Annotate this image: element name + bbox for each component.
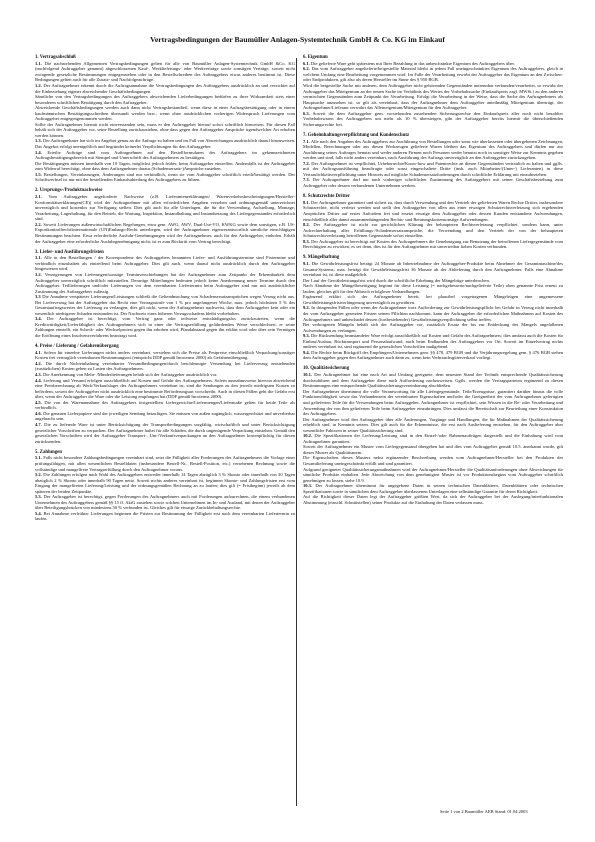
clause: 4.7. Die zu liefernde Ware ist unter Ber… <box>35 422 295 444</box>
clause-text: Das vom Auftraggeber angelieferte/beiges… <box>303 66 563 82</box>
clause-number: 9.3. <box>303 333 310 338</box>
clause-number: 4.7. <box>35 422 42 427</box>
section: 8. Schutzrechte Dritter8.1. Der Auftragn… <box>303 194 563 250</box>
clause-text: Die Bestätigungen müssen innerhalb von 1… <box>35 161 295 172</box>
clause: 1.3. Der Auftragnehmer hat sich im Angeb… <box>35 138 295 149</box>
clause-number: 4.3. <box>35 372 42 377</box>
section: 3. Liefer- und Ausführungsfristen3.1. Al… <box>35 250 295 339</box>
clause-number: 3.2. <box>35 272 42 277</box>
clause-text: Der Auftragnehmer übernimmt für angegebe… <box>303 483 563 494</box>
clause-text: Alle in den Bestellungen / der Korrespon… <box>35 255 295 271</box>
right-column: 6. Eigentum6.1. Die gelieferte Ware geht… <box>303 55 563 511</box>
section: 7. Geheimhaltungsverpflichtung und Kunde… <box>303 133 563 189</box>
clause-number: 3.3 <box>35 294 41 299</box>
clause-number: 3.4. <box>35 316 42 321</box>
clause-number: 2.1. <box>35 194 42 199</box>
clause: 10.1. Der Auftragnehmer hat eine nach Ar… <box>303 372 563 389</box>
clause-text: Der Auftragnehmer garantiert und sichert… <box>303 200 563 222</box>
clause-number: 7.1. <box>303 139 310 144</box>
clause-text: Die zu liefernde Ware ist unter Berücksi… <box>35 422 295 444</box>
document-title: Vertragsbedingungen der Baumüller Anlage… <box>0 35 595 44</box>
clause: 3.2. Verzögerungen von Lieferungen/sonst… <box>35 272 295 294</box>
clause-text: Bestellungen, Vereinbarungen, Änderungen… <box>35 172 295 183</box>
clause: Nach Abnahme der Mängelbeseitigung begin… <box>303 283 563 294</box>
clause: Der Auftragnehmer übernimmt die volle Ve… <box>303 389 563 417</box>
clause-text: Der Auftraggeber ist berechtigt, gegen F… <box>35 494 295 510</box>
clause: 6.2. Das vom Auftraggeber angelieferte/b… <box>303 66 563 83</box>
clause: Wird die beigestellte Sache mit anderen,… <box>303 83 563 111</box>
clause: Auf die Richtigkeit dieser Daten legt de… <box>303 494 563 505</box>
clause: 5.4. Bei Annahme verfrühter Lieferungen … <box>35 511 295 522</box>
clause-text: Wird die beigestellte Sache mit anderen,… <box>303 83 563 110</box>
clause-text: Lieferung und Versand erfolgen ausschlie… <box>35 378 295 400</box>
clause: Ergänzend erklärt sich der Auftragnehmer… <box>303 294 563 305</box>
clause-text: Alle nach den Angaben des Auftraggebers … <box>303 139 563 161</box>
clause-number: 1.5. <box>35 172 42 177</box>
clause-number: 5.4. <box>35 511 42 516</box>
section: 5. Zahlungen5.1. Falls nicht besondere Z… <box>35 450 295 522</box>
clause-text: Nach Abnahme der Mängelbeseitigung begin… <box>303 283 563 294</box>
clause: Sämtliche von den Vertragsbedingungen de… <box>35 94 295 105</box>
clause-text: Soweit Lieferungen außenwirtschaftlichen… <box>35 222 295 244</box>
clause-number: 1.3. <box>35 138 42 143</box>
clause-text: Der Auftragnehmer ist verpflichtet, Urhe… <box>303 161 563 177</box>
clause: 9.1. Die Gewährleistungsfrist beträgt 24… <box>303 261 563 278</box>
clause-number: 8.2. <box>303 222 310 227</box>
clause: 2.1. Vom Auftraggeber angeforderte Nachw… <box>35 194 295 222</box>
clause-text: Auf die Richtigkeit dieser Daten legt de… <box>303 494 563 505</box>
clause: Sollte der Auftragnehmer hiermit nicht e… <box>35 122 295 139</box>
clause-text: Vom Auftraggeber angeforderte Nachweise … <box>35 194 295 221</box>
clause: 4.1. Sofern für einzelne Lieferungen nic… <box>35 350 295 361</box>
clause-number: 5.3. <box>35 494 42 499</box>
clause-text: Die Zahlungen erfolgen nach Wahl des Auf… <box>35 472 295 494</box>
clause: 1.4. Erteilte Aufträge sind vom Auftragn… <box>35 150 295 161</box>
clause-number: 4.1. <box>35 350 42 355</box>
column-divider <box>296 58 297 806</box>
clause-text: Soweit die dem Auftraggeber gem. vorsteh… <box>303 111 563 127</box>
clause-number: 1.1. <box>35 61 42 66</box>
clause-text: Der Auftragnehmer darf nur nach vorherig… <box>303 177 563 188</box>
clause-text: Die Gewährleistungsfrist beträgt 24 Mona… <box>303 261 563 277</box>
clause: 2.2. Soweit Lieferungen außenwirtschaftl… <box>35 222 295 244</box>
clause: 1.5. Bestellungen, Vereinbarungen, Änder… <box>35 172 295 183</box>
clause-number: 6.1. <box>303 61 310 66</box>
section: 10. Qualitätssicherung10.1. Der Auftragn… <box>303 366 563 505</box>
section: 1. Vertragsabschluß1.1. Die nachstehende… <box>35 55 295 183</box>
clause-number: 10.3. <box>303 483 312 488</box>
clause-text: Die Rechte beim Rückgriff des Empfängers… <box>303 350 563 361</box>
clause-text: Erteilte Aufträge sind vom Auftragnehmer… <box>35 150 295 161</box>
clause-number: 4.4. <box>35 378 42 383</box>
clause: 5.1. Falls nicht besondere Zahlungsbedin… <box>35 455 295 472</box>
clause: 6.3. Soweit die dem Auftraggeber gem. vo… <box>303 111 563 128</box>
clause-number: 9.1. <box>303 261 310 266</box>
clause-text: Der Auftragnehmer übernimmt die volle Ve… <box>303 389 563 416</box>
clause-number: 1.4. <box>35 150 42 155</box>
clause-number: 7.2. <box>303 161 310 166</box>
clause: Die Eigenschaften dieses Musters nebst e… <box>303 455 563 466</box>
clause-text: Aufgrund geeigneter Qualitätssicherungsm… <box>303 467 563 483</box>
clause-text: Der Auftraggeber ist nicht zur gerichtli… <box>303 222 563 238</box>
clause-text: Abweichende Geschäftsbedingungen werden … <box>35 105 295 121</box>
clause-text: Falls nicht besondere Zahlungsbedingunge… <box>35 455 295 471</box>
clause-text: Der Auftragnehmer hat eine nach Art und … <box>303 372 563 388</box>
clause: 4.2. Die durch Nichteinhaltung vereinbar… <box>35 361 295 372</box>
left-column: 1. Vertragsabschluß1.1. Die nachstehende… <box>35 55 295 528</box>
clause: 3.4. Der Auftraggeber ist berechtigt, vo… <box>35 316 295 338</box>
clause-text: Soweit der Auftragnehmer ein Muster vom … <box>303 444 563 455</box>
clause-text: In dringenden Fällen oder wenn der Auftr… <box>303 305 563 321</box>
clause: Soweit der Auftragnehmer ein Muster vom … <box>303 444 563 455</box>
clause-number: 2.2. <box>35 222 42 227</box>
clause-text: Der Auftraggeber ist berechtigt, vom Ver… <box>35 316 295 338</box>
clause-number: 8.1. <box>303 200 310 205</box>
clause: 3.1. Alle in den Bestellungen / der Korr… <box>35 255 295 272</box>
clause: 5.3. Der Auftraggeber ist berechtigt, ge… <box>35 494 295 511</box>
clause: 4.5. Die von der Warenannahme des Auftra… <box>35 400 295 411</box>
clause: Bei verborgenen Mängeln behält sich der … <box>303 322 563 333</box>
clause-text: Die genauen Lieferpapiere sind der jewei… <box>35 411 295 422</box>
clause: 7.1. Alle nach den Angaben des Auftragge… <box>303 139 563 161</box>
section: 2. Ursprungs-/Produktnachweise2.1. Vom A… <box>35 188 295 244</box>
clause-number: 6.2. <box>303 66 310 71</box>
clause-number: 10.1. <box>303 372 312 377</box>
clause-text: Sollte der Auftragnehmer hiermit nicht e… <box>35 122 295 138</box>
clause: 9.4. Die Rechte beim Rückgriff des Empfä… <box>303 350 563 361</box>
clause-text: Die Spezifikationen der Lieferung/Leistu… <box>303 433 563 444</box>
clause-number: 5.1. <box>35 455 42 460</box>
clause: 8.3. Der Auftraggeber ist berechtigt auf… <box>303 239 563 250</box>
clause-number: 3.1. <box>35 255 42 260</box>
clause-text: Die Rücksendung beanstandeter Ware erfol… <box>303 333 563 349</box>
section: 4. Preise / Lieferung / Gefahrenübergang… <box>35 344 295 444</box>
clause: Die Bestätigungen müssen innerhalb von 1… <box>35 161 295 172</box>
clause-text: Die Eigenschaften dieses Musters nebst e… <box>303 455 563 466</box>
clause-number: 4.5. <box>35 400 42 405</box>
clause-text: Die Anerkennung von Mehr- /Minderlieferu… <box>43 372 217 377</box>
clause-text: Der Lauf der Gewährleistungsfrist wird d… <box>303 278 490 283</box>
clause-number: 9.4. <box>303 350 310 355</box>
clause-number: 7.3. <box>303 177 310 182</box>
clause: 8.2. Der Auftraggeber ist nicht zur geri… <box>303 222 563 239</box>
clause-text: Die Annahme verspäteter Lieferungen/Leis… <box>35 294 295 316</box>
clause: 9.2. In dringenden Fällen oder wenn der … <box>303 305 563 322</box>
clause-text: Der Auftragnehmer erkennt durch die Auft… <box>35 83 295 94</box>
clause-text: Bei verborgenen Mängeln behält sich der … <box>303 322 563 333</box>
clause: 7.3. Der Auftragnehmer darf nur nach vor… <box>303 177 563 188</box>
clause: 9.3. Die Rücksendung beanstandeter Ware … <box>303 333 563 350</box>
clause: 8.1. Der Auftragnehmer garantiert und si… <box>303 200 563 222</box>
clause: 4.4. Lieferung und Versand erfolgen auss… <box>35 378 295 400</box>
clause-number: 4.6. <box>35 411 42 416</box>
clause-text: Der Auftragnehmer hat sich im Angebot ge… <box>35 138 295 149</box>
clause-number: 5.2. <box>35 472 42 477</box>
clause-text: Die von der Warenannahme des Auftraggebe… <box>35 400 295 411</box>
clause: 10.2. Die Spezifikationen der Lieferung/… <box>303 433 563 444</box>
clause-number: 10.2. <box>303 433 312 438</box>
clause: 4.6. Die genauen Lieferpapiere sind der … <box>35 411 295 422</box>
clause: 1.1. Die nachstehenden Allgemeinen Vertr… <box>35 61 295 83</box>
clause: 3.3 Die Annahme verspäteter Lieferungen/… <box>35 294 295 316</box>
clause: 10.3. Der Auftragnehmer übernimmt für an… <box>303 483 563 494</box>
clause-text: Die gelieferte Ware geht spätestens mit … <box>311 61 515 66</box>
clause: Aufgrund geeigneter Qualitätssicherungsm… <box>303 467 563 484</box>
clause: 7.2. Der Auftragnehmer ist verpflichtet,… <box>303 161 563 178</box>
page-footer: Seite 1 von 2 Baumüller AEB Stand: 01.04… <box>440 809 528 814</box>
clause-text: Die durch Nichteinhaltung vereinbarter V… <box>35 361 295 372</box>
clause-text: Sofern für einzelne Lieferungen nichts a… <box>35 350 295 361</box>
clause: Der Auftragnehmer wird den Auftraggeber … <box>303 417 563 434</box>
clause-number: 8.3. <box>303 239 310 244</box>
clause-text: Die nachstehenden Allgemeinen Vertragsbe… <box>35 61 295 83</box>
clause-text: Bei Annahme verfrühter Lieferungen begin… <box>35 511 295 522</box>
clause-text: Der Auftragnehmer wird den Auftraggeber … <box>303 417 563 433</box>
clause: 1.2. Der Auftragnehmer erkennt durch die… <box>35 83 295 94</box>
clause-text: Ergänzend erklärt sich der Auftragnehmer… <box>303 294 563 305</box>
clause-number: 1.2. <box>35 83 42 88</box>
clause-text: Sämtliche von den Vertragsbedingungen de… <box>35 94 295 105</box>
clause: 5.2. Die Zahlungen erfolgen nach Wahl de… <box>35 472 295 494</box>
clause-text: Verzögerungen von Lieferungen/sonstige T… <box>35 272 295 294</box>
clause: Abweichende Geschäftsbedingungen werden … <box>35 105 295 122</box>
clause-number: 9.2. <box>303 305 310 310</box>
clause-text: Der Auftraggeber ist berechtigt auf Kost… <box>303 239 563 250</box>
clause-number: 6.3. <box>303 111 310 116</box>
clause-number: 4.2. <box>35 361 42 366</box>
section: 9. Mängelhaftung9.1. Die Gewährleistungs… <box>303 255 563 361</box>
section: 6. Eigentum6.1. Die gelieferte Ware geht… <box>303 55 563 127</box>
